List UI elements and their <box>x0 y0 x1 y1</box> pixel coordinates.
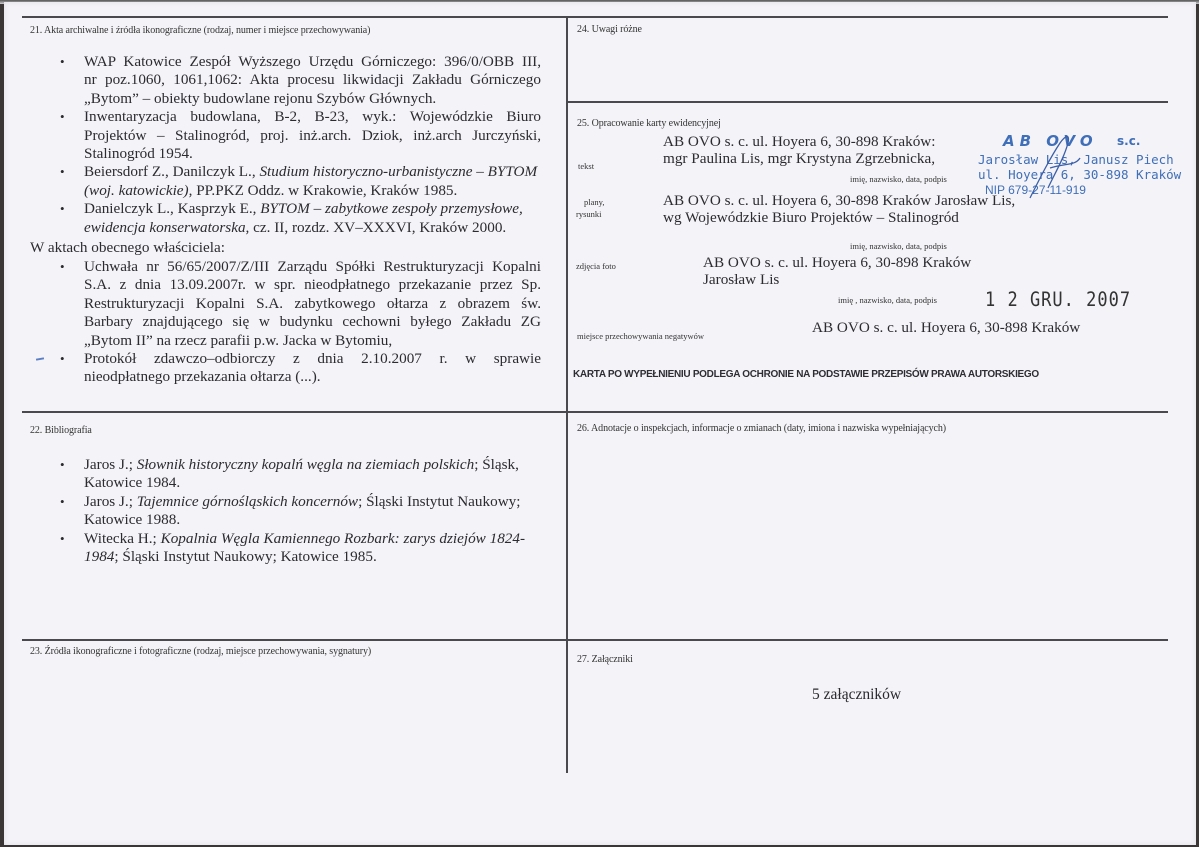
section-21-label: 21. Akta archiwalne i źródła ikonografic… <box>30 25 370 36</box>
plany-label: plany, <box>584 197 604 207</box>
section-23-label: 23. Źródła ikonograficzne i fotograficzn… <box>30 646 371 657</box>
bullet-icon: • <box>60 350 65 368</box>
plany-line-2: wg Wojewódzkie Biuro Projektów – Stalino… <box>663 209 959 228</box>
section-24-label: 24. Uwagi różne <box>577 24 642 35</box>
plany-line-1: AB OVO s. c. ul. Hoyera 6, 30-898 Kraków… <box>663 192 1015 211</box>
divider-24-25 <box>567 101 1168 103</box>
section-21-list: • WAP Katowice Zespół Wyższego Urzędu Gó… <box>84 53 541 237</box>
divider-row-3 <box>22 639 1168 641</box>
top-border-line <box>22 16 1168 18</box>
plany-caption: imię, nazwisko, data, podpis <box>850 241 947 251</box>
rysunki-label: rysunki <box>576 209 602 219</box>
date-stamp: 1 2 GRU. 2007 <box>985 289 1131 312</box>
bullet-icon: • <box>60 108 65 126</box>
signature-icon <box>1020 128 1090 203</box>
section-25-label: 25. Opracowanie karty ewidencyjnej <box>577 118 721 129</box>
bullet-icon: • <box>60 53 65 71</box>
section-27-label: 27. Załączniki <box>577 654 633 665</box>
column-divider <box>566 16 568 773</box>
bullet-icon: • <box>60 258 65 276</box>
tekst-line-2: mgr Paulina Lis, mgr Krystyna Zgrzebnick… <box>663 150 935 169</box>
owner-records-list: • Uchwała nr 56/65/2007/Z/III Zarządu Sp… <box>84 258 541 387</box>
list-item: • Beiersdorf Z., Danilczyk L., Studium h… <box>84 163 541 200</box>
list-item: • Witecka H.; Kopalnia Węgla Kamiennego … <box>84 530 541 567</box>
list-item: • Inwentaryzacja budowlana, B-2, B-23, w… <box>84 108 541 163</box>
attachments-count: 5 załączników <box>812 686 901 704</box>
zdjecia-line-1: AB OVO s. c. ul. Hoyera 6, 30-898 Kraków <box>703 254 971 273</box>
divider-row-2 <box>22 411 1168 413</box>
zdjecia-label: zdjęcia foto <box>576 261 616 271</box>
section-26-label: 26. Adnotacje o inspekcjach, informacje … <box>577 423 946 434</box>
bullet-icon: • <box>60 163 65 181</box>
bullet-icon: • <box>60 456 65 474</box>
zdjecia-caption: imię , nazwisko, data, podpis <box>838 295 937 305</box>
tekst-label: tekst <box>578 161 594 171</box>
list-item: • Jaros J.; Tajemnice górnośląskich konc… <box>84 493 541 530</box>
negatywy-value: AB OVO s. c. ul. Hoyera 6, 30-898 Kraków <box>812 319 1080 338</box>
negatywy-label: miejsce przechowywania negatywów <box>577 331 704 341</box>
section-22-label: 22. Bibliografia <box>30 425 92 436</box>
bullet-icon: • <box>60 200 65 218</box>
tekst-caption: imię, nazwisko, data, podpis <box>850 174 947 184</box>
list-item: • Uchwała nr 56/65/2007/Z/III Zarządu Sp… <box>84 258 541 350</box>
owner-records-heading: W aktach obecnego właściciela: <box>30 239 225 258</box>
bullet-icon: • <box>60 493 65 511</box>
zdjecia-line-2: Jarosław Lis <box>703 271 779 290</box>
tekst-line-1: AB OVO s. c. ul. Hoyera 6, 30-898 Kraków… <box>663 133 936 152</box>
list-item: • Protokół zdawczo–odbiorczy z dnia 2.10… <box>84 350 541 387</box>
list-item: • Danielczyk L., Kasprzyk E., BYTOM – za… <box>84 200 541 237</box>
copyright-note: KARTA PO WYPEŁNIENIU PODLEGA OCHRONIE NA… <box>573 369 1039 380</box>
bullet-icon: • <box>60 530 65 548</box>
list-item: • WAP Katowice Zespół Wyższego Urzędu Gó… <box>84 53 541 108</box>
list-item: • Jaros J.; Słownik historyczny kopalń w… <box>84 456 541 493</box>
bibliography-list: • Jaros J.; Słownik historyczny kopalń w… <box>84 456 541 566</box>
